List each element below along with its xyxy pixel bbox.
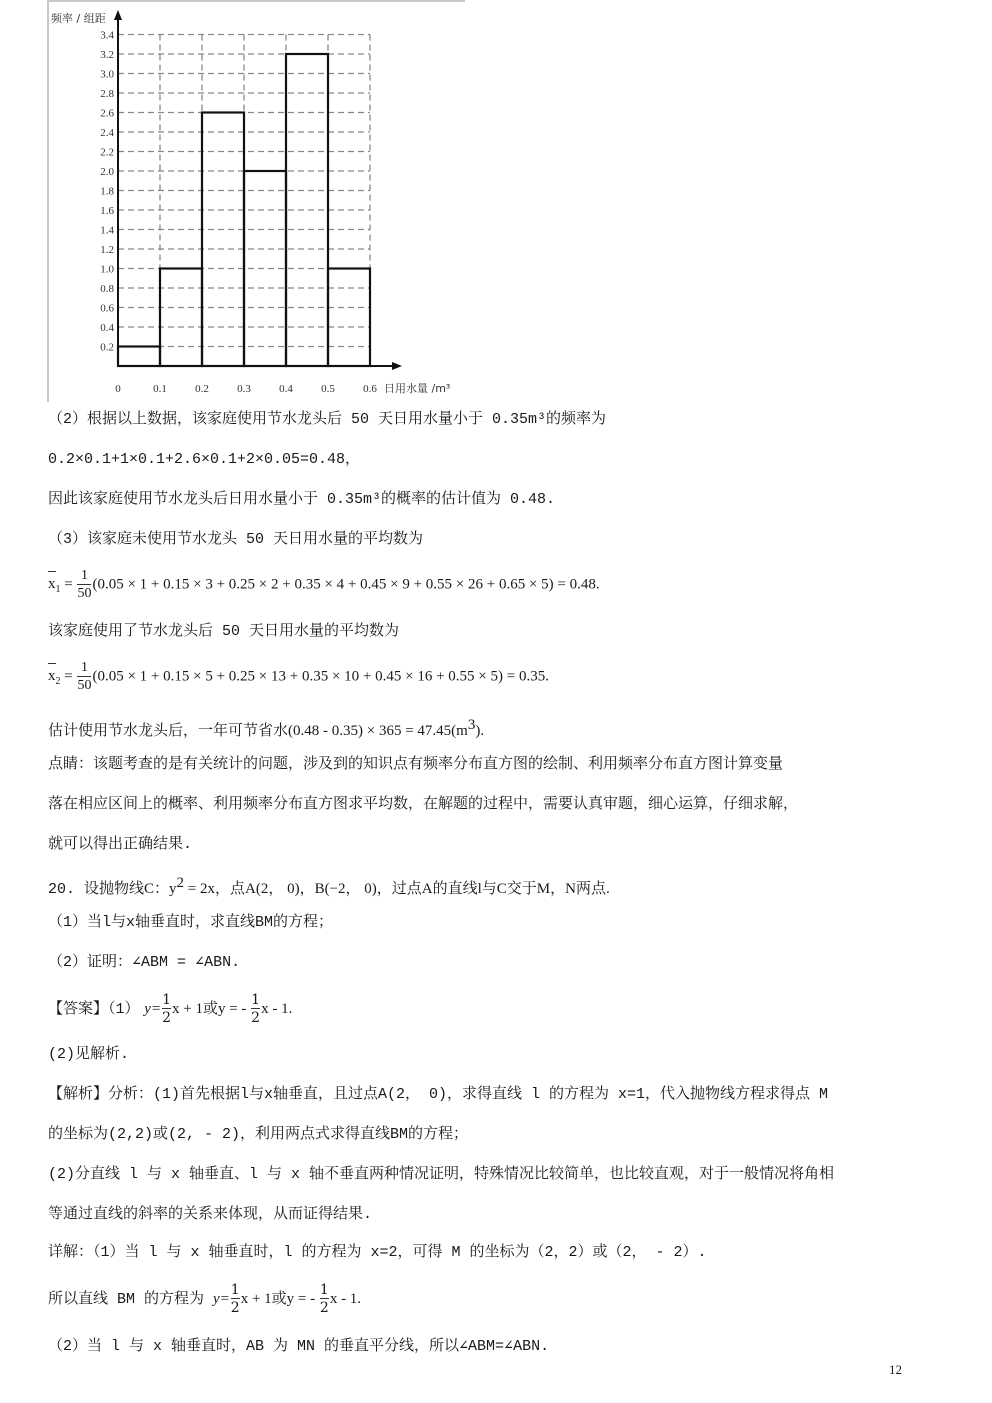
histogram-bar — [202, 113, 244, 367]
mean-x2-formula: x2 = 150(0.05 × 1 + 0.15 × 5 + 0.25 × 13… — [48, 660, 549, 694]
svg-text:1.4: 1.4 — [100, 225, 114, 237]
histogram-bar — [118, 347, 160, 367]
analysis-line1: 【解析】分析：(1)首先根据l与x轴垂直，且过点A(2， 0)，求得直线 l 的… — [48, 1085, 828, 1105]
svg-text:0.8: 0.8 — [100, 283, 114, 295]
histogram-figure: 0.20.40.60.81.01.21.41.61.82.02.22.42.62… — [47, 0, 465, 402]
histogram-bar — [328, 269, 370, 367]
comment-line2: 落在相应区间上的概率、利用频率分布直方图求平均数，在解题的过程中，需要认真审题，… — [48, 795, 798, 815]
svg-text:0.6: 0.6 — [363, 383, 377, 395]
svg-text:0.4: 0.4 — [100, 322, 114, 334]
part2-line1: （2）根据以上数据，该家庭使用节水龙头后 50 天日用水量小于 0.35m³的频… — [48, 410, 606, 430]
question-20-part2: （2）证明：∠ABM = ∠ABN. — [48, 953, 240, 973]
svg-text:0: 0 — [115, 383, 121, 395]
question-20-stem: 20. 设抛物线C：y2 = 2x，点A(2， 0)，B(−2， 0)，过点A的… — [48, 873, 610, 900]
fraction-1-50: 150 — [77, 568, 91, 602]
mean-x1-formula: x1 = 150(0.05 × 1 + 0.15 × 3 + 0.25 × 2 … — [48, 568, 600, 602]
svg-text:2.8: 2.8 — [100, 88, 114, 100]
svg-text:0.3: 0.3 — [237, 383, 251, 395]
histogram-bar — [160, 269, 202, 367]
answer-part2: (2)见解析. — [48, 1045, 129, 1065]
part3-line2: 该家庭使用了节水龙头后 50 天日用水量的平均数为 — [48, 622, 399, 642]
comment-line3: 就可以得出正确结果. — [48, 835, 192, 855]
fraction-1-50: 150 — [77, 660, 91, 694]
fraction-1-2: 12 — [231, 1282, 240, 1316]
svg-text:3.2: 3.2 — [100, 49, 114, 61]
svg-text:2.4: 2.4 — [100, 127, 114, 139]
svg-text:1.2: 1.2 — [100, 244, 114, 256]
svg-text:0.1: 0.1 — [153, 383, 167, 395]
y-axis-label: 频率 / 组距 — [51, 11, 106, 25]
svg-text:3.0: 3.0 — [100, 69, 114, 81]
detail-line3: （2）当 l 与 x 轴垂直时，AB 为 MN 的垂直平分线，所以∠ABM=∠A… — [48, 1337, 549, 1357]
svg-text:0.5: 0.5 — [321, 383, 335, 395]
part3-line1: （3）该家庭未使用节水龙头 50 天日用水量的平均数为 — [48, 530, 423, 550]
svg-text:0.2: 0.2 — [100, 342, 114, 354]
answer-line: 【答案】（1） y=12x + 1或y = - 12x - 1. — [48, 992, 292, 1026]
analysis-line4: 等通过直线的斜率的关系来体现，从而证得结果. — [48, 1205, 372, 1225]
fraction-1-2: 12 — [162, 992, 171, 1026]
svg-text:0.6: 0.6 — [100, 303, 114, 315]
detail-line1: 详解：（1）当 l 与 x 轴垂直时，l 的方程为 x=2，可得 M 的坐标为（… — [48, 1243, 707, 1263]
svg-text:2.6: 2.6 — [100, 108, 114, 120]
svg-text:1.0: 1.0 — [100, 264, 114, 276]
analysis-line3: (2)分直线 l 与 x 轴垂直、l 与 x 轴不垂直两种情况证明，特殊情况比较… — [48, 1165, 834, 1185]
question-20-part1: （1）当l与x轴垂直时，求直线BM的方程； — [48, 913, 333, 933]
part2-line2: 0.2×0.1+1×0.1+2.6×0.1+2×0.05=0.48， — [48, 450, 360, 470]
x2-symbol: x2 — [48, 666, 61, 692]
svg-text:1.6: 1.6 — [100, 205, 114, 217]
page-number: 12 — [889, 1362, 902, 1378]
fraction-1-2: 12 — [251, 992, 260, 1026]
water-saving-line: 估计使用节水龙头后，一年可节省水(0.48 - 0.35) × 365 = 47… — [48, 715, 484, 742]
comment-line1: 点睛：该题考查的是有关统计的问题，涉及到的知识点有频率分布直方图的绘制、利用频率… — [48, 755, 783, 775]
svg-text:0.4: 0.4 — [279, 383, 293, 395]
svg-text:3.4: 3.4 — [100, 30, 114, 42]
frequency-histogram: 0.20.40.60.81.01.21.41.61.82.02.22.42.62… — [49, 2, 465, 402]
x-axis-label: 日用水量 /m³ — [384, 381, 450, 395]
svg-text:1.8: 1.8 — [100, 186, 114, 198]
svg-text:2.2: 2.2 — [100, 147, 114, 159]
x1-symbol: x1 — [48, 574, 61, 600]
svg-text:2.0: 2.0 — [100, 166, 114, 178]
svg-text:0.2: 0.2 — [195, 383, 209, 395]
analysis-line2: 的坐标为(2,2)或(2, - 2)，利用两点式求得直线BM的方程； — [48, 1125, 468, 1145]
detail-line2: 所以直线 BM 的方程为 y=12x + 1或y = - 12x - 1. — [48, 1282, 361, 1316]
part2-line3: 因此该家庭使用节水龙头后日用水量小于 0.35m³的概率的估计值为 0.48. — [48, 490, 555, 510]
fraction-1-2: 12 — [320, 1282, 329, 1316]
